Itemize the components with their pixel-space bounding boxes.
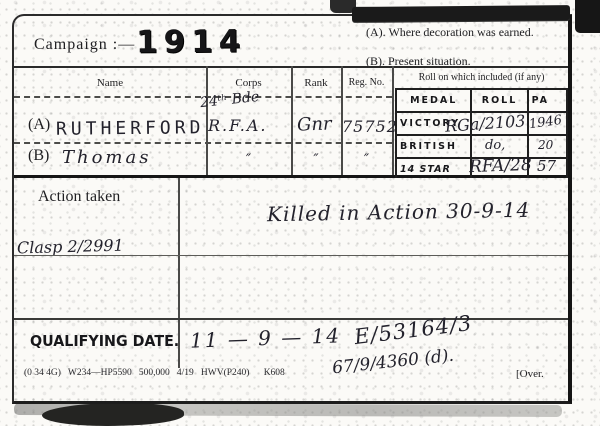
row-b-name: Thomas [62,147,151,168]
roll-col-header: ROLL [471,89,527,112]
note-a: (A). Where decoration was earned. [366,25,534,40]
row-b-reg-ditto: ″ [341,152,392,168]
row-a-reg-no: 75752 [342,117,398,136]
medal-row-british: BRITISH [396,135,471,158]
col-header-corps: Corps [206,77,291,89]
star-roll-entry: RFA/28 [469,155,532,177]
row-a-rank: Gnr [297,113,332,135]
action-underline-rule [14,255,568,256]
reference-number-1: E/53164/3 [353,311,474,349]
qualifying-section-rule [14,318,568,320]
scan-blob-top-right [575,0,600,33]
action-taken-label: Action taken [38,188,120,206]
row-a-corps-line1: 24ᵗʰ Bde [199,89,260,111]
medal-col-header: MEDAL [396,89,471,112]
medal-roll-table: MEDAL ROLL PA VICTORY BRITISH 14 STAR [395,88,568,178]
campaign-year: 1914 [136,24,247,61]
qualifying-date-label: QUALIFYING DATE. [30,332,179,350]
over-label: [Over. [516,368,544,380]
printers-code: (0 34 4G) W234—HP5590 500,000 4/19 HWV(P… [24,368,285,378]
qualifying-date-value: 11 — 9 — 14 [190,323,342,352]
roll-section-header: Roll on which included (if any) [395,72,568,83]
col-header-name: Name [14,77,206,89]
star-page-entry: 57 [537,157,556,175]
medal-row-star: 14 STAR [396,158,471,178]
row-a-underline-dashed [14,142,392,144]
col-header-rank: Rank [291,77,341,89]
reference-number-2: 67/9/4360 (d). [331,346,455,379]
card-border: Campaign :— 1914 (A). Where decoration w… [12,14,572,404]
campaign-label: Campaign :— [34,36,135,54]
killed-in-action-note: Killed in Action 30-9-14 [267,198,531,227]
british-page-entry: 20 [538,138,553,152]
ink-smudge-bar [352,5,570,22]
row-a-name: RUTHERFORD [56,117,205,140]
col-header-reg-no: Reg. No. [341,77,392,88]
medal-index-card-scan: Campaign :— 1914 (A). Where decoration w… [0,0,600,426]
page-col-header: PA [528,89,567,112]
row-a-prefix: (A) [28,116,50,134]
row-b-corps-ditto: ″ [206,152,291,168]
row-b-prefix: (B) [28,147,49,165]
british-roll-entry: do, [485,138,505,153]
row-a-corps-line2: R.F.A. [208,116,267,135]
row-b-rank-ditto: ″ [291,152,341,168]
